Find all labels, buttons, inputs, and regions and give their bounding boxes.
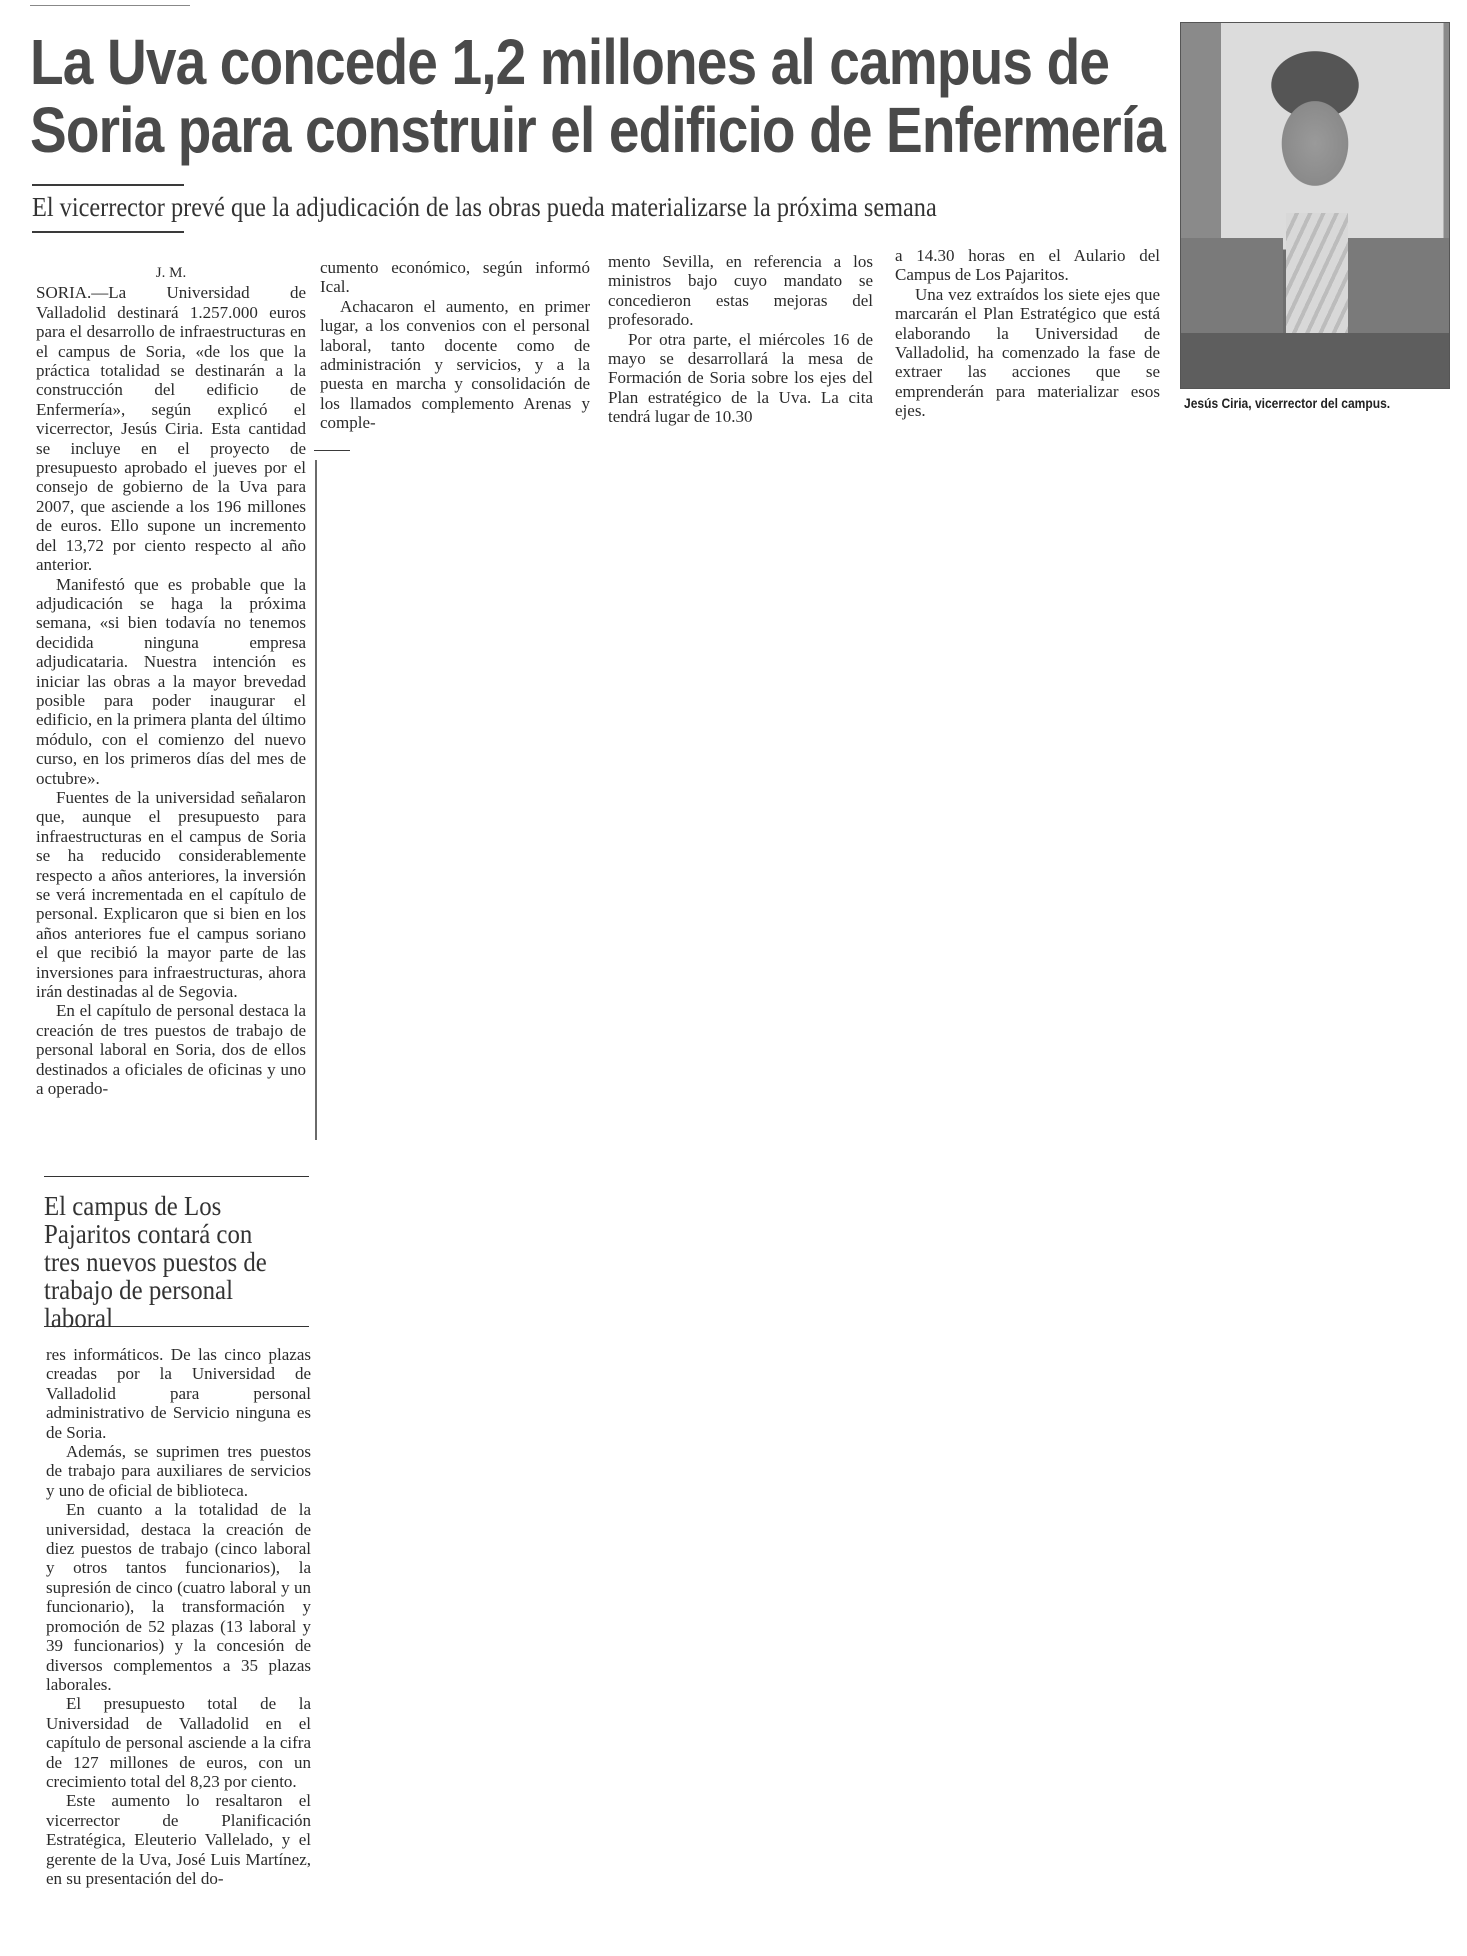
- paragraph: res informáticos. De las cinco plazas cr…: [46, 1345, 311, 1442]
- paragraph: El presupuesto total de la Universidad d…: [46, 1694, 311, 1791]
- paragraph: En el capítulo de personal destaca la cr…: [36, 1001, 306, 1098]
- column-2-end-rule: [314, 450, 350, 451]
- subtitle-rule-top: [32, 184, 184, 186]
- headline-line-2: Soria para construir el edificio de Enfe…: [30, 96, 1002, 164]
- paragraph: a 14.30 horas en el Aulario del Campus d…: [895, 246, 1160, 285]
- headline-line-1: La Uva concede 1,2 millones al campus de: [30, 28, 1002, 96]
- column-4: a 14.30 horas en el Aulario del Campus d…: [895, 246, 1160, 421]
- paragraph: Por otra parte, el miércoles 16 de mayo …: [608, 330, 873, 427]
- paragraph: En cuanto a la totalidad de la universid…: [46, 1500, 311, 1694]
- paragraph: SORIA.—La Universidad de Valladolid dest…: [36, 283, 306, 574]
- byline: J. M.: [36, 264, 306, 283]
- paragraph: Fuentes de la universidad señalaron que,…: [36, 788, 306, 1001]
- paragraph: Además, se suprimen tres puestos de trab…: [46, 1442, 311, 1500]
- column-divider: [315, 460, 317, 1140]
- subhead: El campus de Los Pajaritos contará con t…: [44, 1192, 289, 1332]
- column-1-top: J. M. SORIA.—La Universidad de Valladoli…: [36, 264, 306, 1098]
- top-rule: [30, 5, 190, 6]
- column-1-bottom: res informáticos. De las cinco plazas cr…: [46, 1345, 311, 1888]
- photo-tie: [1286, 213, 1348, 353]
- column-3: mento Sevilla, en referencia a los minis…: [608, 252, 873, 427]
- portrait-photo: [1180, 22, 1450, 389]
- paragraph: Una vez extraídos los siete ejes que mar…: [895, 285, 1160, 421]
- column-2: cumento económico, según informó Ical. A…: [320, 258, 590, 433]
- headline: La Uva concede 1,2 millones al campus de…: [30, 28, 1002, 164]
- paragraph: Este aumento lo resaltaron el vicerrecto…: [46, 1791, 311, 1888]
- paragraph: Manifestó que es probable que la adjudic…: [36, 575, 306, 788]
- subtitle-rule-bottom: [32, 231, 184, 233]
- subhead-rule-bottom: [44, 1326, 309, 1327]
- subhead-rule-top: [44, 1176, 309, 1177]
- paragraph: Achacaron el aumento, en primer lugar, a…: [320, 297, 590, 433]
- paragraph: cumento económico, según informó Ical.: [320, 258, 590, 297]
- paragraph: mento Sevilla, en referencia a los minis…: [608, 252, 873, 330]
- photo-caption: Jesús Ciria, vicerrector del campus.: [1184, 395, 1390, 411]
- subtitle: El vicerrector prevé que la adjudicación…: [32, 192, 937, 223]
- photo-desk: [1181, 333, 1449, 388]
